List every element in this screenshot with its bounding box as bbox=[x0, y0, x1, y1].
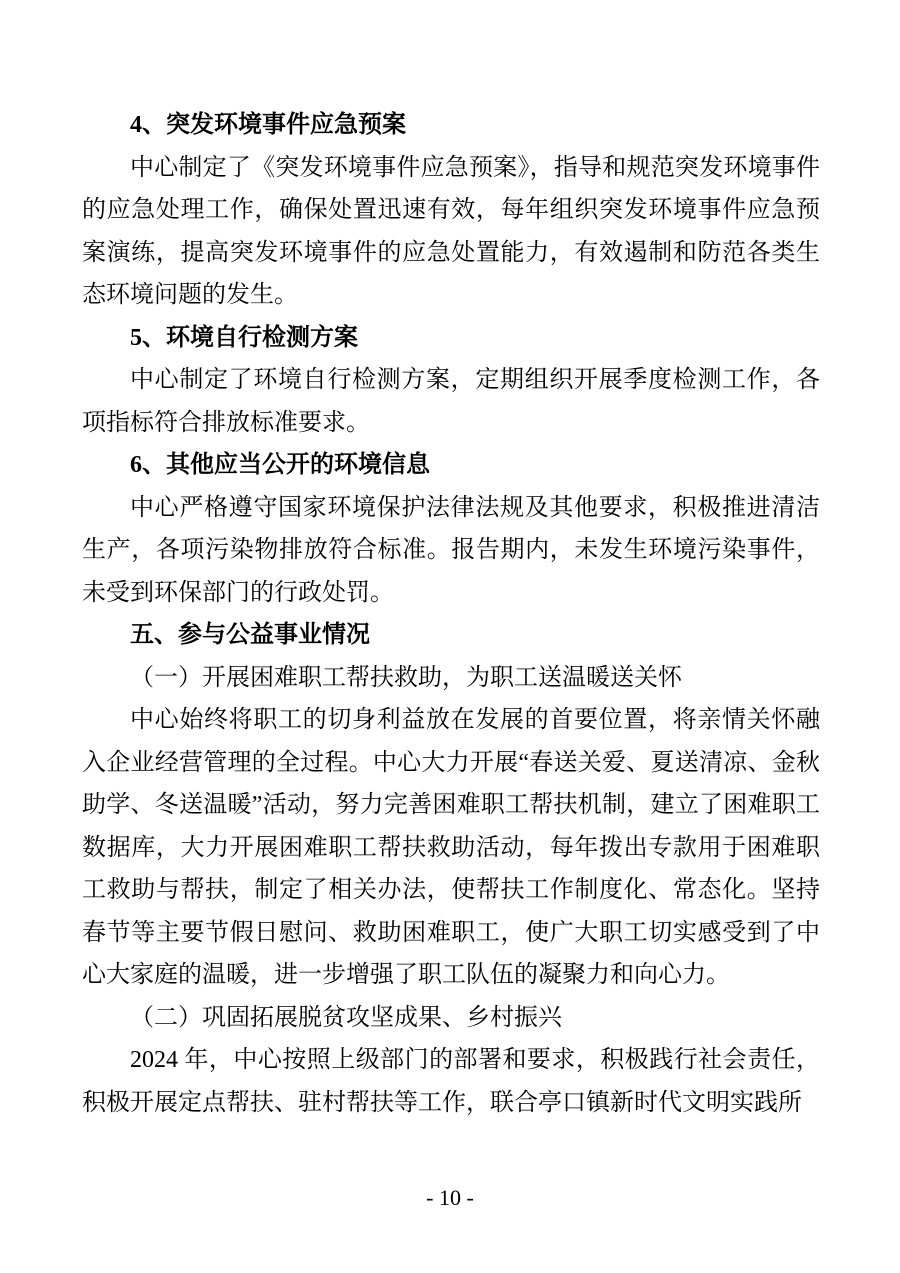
heading-other-environmental-info: 6、其他应当公开的环境信息 bbox=[82, 444, 820, 487]
heading-emergency-response-plan: 4、突发环境事件应急预案 bbox=[82, 104, 820, 147]
page-body: 4、突发环境事件应急预案 中心制定了《突发环境事件应急预案》，指导和规范突发环境… bbox=[82, 104, 820, 1124]
heading-self-monitoring-plan: 5、环境自行检测方案 bbox=[82, 317, 820, 360]
document-page: 4、突发环境事件应急预案 中心制定了《突发环境事件应急预案》，指导和规范突发环境… bbox=[0, 0, 900, 1273]
section-heading-public-welfare: 五、参与公益事业情况 bbox=[82, 614, 820, 657]
subheading-poverty-alleviation: （二）巩固拓展脱贫攻坚成果、乡村振兴 bbox=[82, 997, 820, 1040]
para-employee-assistance: 中心始终将职工的切身利益放在发展的首要位置，将亲情关怀融入企业经营管理的全过程。… bbox=[82, 699, 820, 997]
para-other-environmental-info: 中心严格遵守国家环境保护法律法规及其他要求，积极推进清洁生产，各项污染物排放符合… bbox=[82, 487, 820, 615]
page-number: - 10 - bbox=[0, 1183, 900, 1213]
subheading-employee-assistance: （一）开展困难职工帮扶救助，为职工送温暖送关怀 bbox=[82, 657, 820, 700]
para-self-monitoring-plan: 中心制定了环境自行检测方案，定期组织开展季度检测工作，各项指标符合排放标准要求。 bbox=[82, 359, 820, 444]
para-poverty-alleviation: 2024 年，中心按照上级部门的部署和要求，积极践行社会责任，积极开展定点帮扶、… bbox=[82, 1039, 820, 1124]
para-emergency-response-plan: 中心制定了《突发环境事件应急预案》，指导和规范突发环境事件的应急处理工作，确保处… bbox=[82, 147, 820, 317]
